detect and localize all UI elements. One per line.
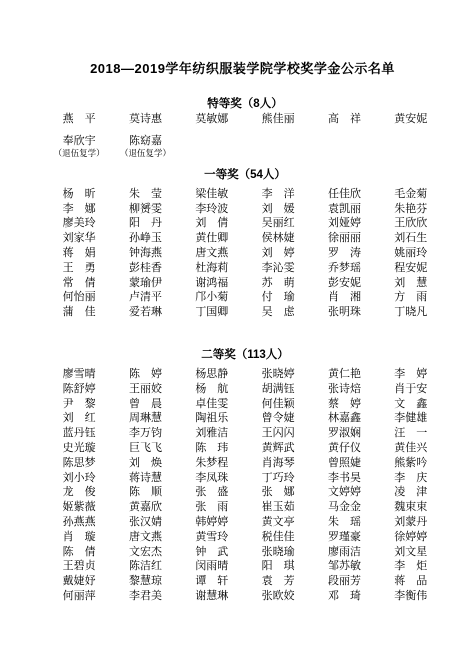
- name-row: 尹 黎曾 晨卓佳雯何佳颖蔡 婷文 鑫: [46, 397, 444, 412]
- name-cell: 奉欣宇（退伍复学）: [46, 134, 112, 159]
- name-row: 蓝丹钰李万钧刘雅洁王闪闪罗淑娴汪 一: [46, 426, 444, 441]
- name-cell: 杜海莉: [179, 261, 245, 276]
- name-cell: 莫敏娜: [179, 112, 245, 127]
- name-cell: 廖雨洁: [311, 545, 377, 560]
- name-cell: 陶祖乐: [179, 411, 245, 426]
- name-cell: 朱 莹: [112, 187, 178, 202]
- name-row: 何丽萍李君美谢慧琳张欧姣邓 琦李衡伟: [46, 589, 444, 604]
- section-heading: 一等奖（54人）: [46, 168, 444, 182]
- name-cell: 段丽芳: [311, 574, 377, 589]
- name-row: 陈舒婷王丽姣杨 航胡满钰张诗焙肖于安: [46, 382, 444, 397]
- name-cell: 杨 航: [179, 382, 245, 397]
- name-cell: 袁 芳: [245, 574, 311, 589]
- name-row: 孙燕燕张汉婧韩婷婷黄文亭朱 瑶刘蒙丹: [46, 515, 444, 530]
- name-cell: [245, 134, 311, 159]
- name-cell: 莫诗惠: [112, 112, 178, 127]
- name-cell: 李玲波: [179, 202, 245, 217]
- name-cell: 李万钧: [112, 426, 178, 441]
- name-cell: 马金金: [311, 500, 377, 515]
- name-cell: 刘蒙丹: [378, 515, 444, 530]
- name-row: 王 勇彭桂香杜海莉李沁雯乔梦瑶程安妮: [46, 261, 444, 276]
- name-row: 奉欣宇（退伍复学）陈窈嘉（退伍复学）: [46, 134, 444, 159]
- name-cell: 张汉婧: [112, 515, 178, 530]
- name-row: 杨 昕朱 莹梁佳敏李 洋任佳欣毛金菊: [46, 187, 444, 202]
- document-title: 2018—2019学年纺织服装学院学校奖学金公示名单: [30, 60, 455, 77]
- name-cell: 刘小玲: [46, 471, 112, 486]
- name-cell: 彭桂香: [112, 261, 178, 276]
- name-cell: 李沁雯: [245, 261, 311, 276]
- name-cell: 刘文星: [378, 545, 444, 560]
- name-cell: 黄安妮: [378, 112, 444, 127]
- name-cell: 文宏杰: [112, 545, 178, 560]
- name-cell: 任佳欣: [311, 187, 377, 202]
- name-cell: 蔡 婷: [311, 397, 377, 412]
- name-row: 蒲 佳爱若琳丁国卿吴 虑张明珠丁晓凡: [46, 305, 444, 320]
- name-cell: 唐文燕: [179, 246, 245, 261]
- name-row: 龙 俊陈 顺张 盛张 娜文婷婷凌 津: [46, 485, 444, 500]
- name-row: 戴婕妤黎慧琼谭 轩袁 芳段丽芳蒋 品: [46, 574, 444, 589]
- student-note: （退伍复学）: [112, 148, 178, 159]
- name-cell: 蒙瑜伊: [112, 276, 178, 291]
- name-cell: 方 雨: [378, 290, 444, 305]
- name-cell: 邝小菊: [179, 290, 245, 305]
- name-cell: 何丽萍: [46, 589, 112, 604]
- name-cell: 黄仁艳: [311, 367, 377, 382]
- name-cell: 袁凯丽: [311, 202, 377, 217]
- name-cell: 刘 焕: [112, 456, 178, 471]
- name-cell: 陈舒婷: [46, 382, 112, 397]
- name-cell: 孙燕燕: [46, 515, 112, 530]
- name-cell: 卢清平: [112, 290, 178, 305]
- name-cell: 卓佳雯: [179, 397, 245, 412]
- name-cell: 程安妮: [378, 261, 444, 276]
- name-cell: 廖雪晴: [46, 367, 112, 382]
- name-cell: 徐婷婷: [378, 530, 444, 545]
- name-cell: 张 雨: [179, 500, 245, 515]
- name-cell: 邹苏敏: [311, 559, 377, 574]
- name-cell: 毛金菊: [378, 187, 444, 202]
- name-cell: 巨飞飞: [112, 441, 178, 456]
- name-cell: 刘 慧: [378, 276, 444, 291]
- name-cell: 张 盛: [179, 485, 245, 500]
- name-cell: 熊紫吟: [378, 456, 444, 471]
- name-cell: 高 祥: [311, 112, 377, 127]
- name-cell: 刘 媛: [245, 202, 311, 217]
- award-section: 一等奖（54人）杨 昕朱 莹梁佳敏李 洋任佳欣毛金菊李 娜柳赟雯李玲波刘 媛袁凯…: [46, 168, 444, 320]
- name-cell: 张晓瑜: [245, 545, 311, 560]
- name-cell: 王丽姣: [112, 382, 178, 397]
- name-cell: 彭安妮: [311, 276, 377, 291]
- name-cell: 黄嘉欣: [112, 500, 178, 515]
- name-cell: 刘 婷: [245, 246, 311, 261]
- name-cell: 文婷婷: [311, 485, 377, 500]
- name-cell: 黄佳兴: [378, 441, 444, 456]
- name-row: 何怡丽卢清平邝小菊付 瑜肖 湘方 雨: [46, 290, 444, 305]
- name-cell: 龙 俊: [46, 485, 112, 500]
- name-cell: 张明珠: [311, 305, 377, 320]
- name-cell: 钟 武: [179, 545, 245, 560]
- name-cell: 周琳慧: [112, 411, 178, 426]
- name-cell: 李 婷: [378, 367, 444, 382]
- name-cell: 李 娜: [46, 202, 112, 217]
- award-section: 二等奖（113人）廖雪晴陈 婷杨思静张晓婷黄仁艳李 婷陈舒婷王丽姣杨 航胡满钰张…: [46, 348, 444, 604]
- name-cell: 税佳佳: [245, 530, 311, 545]
- name-row: 燕 平莫诗惠莫敏娜熊佳丽高 祥黄安妮: [46, 112, 444, 127]
- name-cell: 李健雄: [378, 411, 444, 426]
- name-cell: 熊佳丽: [245, 112, 311, 127]
- name-cell: 丁国卿: [179, 305, 245, 320]
- name-cell: 吴丽红: [245, 216, 311, 231]
- name-cell: 姬紫薇: [46, 500, 112, 515]
- name-cell: 黄仕卿: [179, 231, 245, 246]
- name-cell: 李 炬: [378, 559, 444, 574]
- name-cell: 刘 倩: [179, 216, 245, 231]
- name-cell: 陈 顺: [112, 485, 178, 500]
- name-cell: 尹 黎: [46, 397, 112, 412]
- sections: 特等奖（8人）燕 平莫诗惠莫敏娜熊佳丽高 祥黄安妮奉欣宇（退伍复学）陈窈嘉（退伍…: [46, 97, 444, 604]
- name-cell: 梁佳敏: [179, 187, 245, 202]
- name-cell: 乔梦瑶: [311, 261, 377, 276]
- name-cell: 陈窈嘉（退伍复学）: [112, 134, 178, 159]
- name-cell: 罗瑾豪: [311, 530, 377, 545]
- name-cell: 孙峥玉: [112, 231, 178, 246]
- name-cell: 蒲 佳: [46, 305, 112, 320]
- name-cell: 张晓婷: [245, 367, 311, 382]
- name-cell: 陈 婷: [112, 367, 178, 382]
- name-cell: 付 瑜: [245, 290, 311, 305]
- name-cell: 肖于安: [378, 382, 444, 397]
- name-row: 廖雪晴陈 婷杨思静张晓婷黄仁艳李 婷: [46, 367, 444, 382]
- name-cell: 韩婷婷: [179, 515, 245, 530]
- name-cell: 阳 琪: [245, 559, 311, 574]
- name-cell: 胡满钰: [245, 382, 311, 397]
- name-cell: 谢慧琳: [179, 589, 245, 604]
- name-cell: 林嘉鑫: [311, 411, 377, 426]
- name-cell: 钟海燕: [112, 246, 178, 261]
- name-cell: 陈 倩: [46, 545, 112, 560]
- section-heading: 二等奖（113人）: [46, 348, 444, 362]
- name-cell: 魏束束: [378, 500, 444, 515]
- name-cell: 朱梦程: [179, 456, 245, 471]
- name-cell: 李君美: [112, 589, 178, 604]
- name-cell: 闵雨晴: [179, 559, 245, 574]
- name-cell: 陈洁红: [112, 559, 178, 574]
- name-cell: 陈 玮: [179, 441, 245, 456]
- name-row: 刘小玲蒋诗慧李凤珠丁巧玲李书昊李 庆: [46, 471, 444, 486]
- name-cell: 王闪闪: [245, 426, 311, 441]
- student-name: 陈窈嘉: [112, 134, 178, 148]
- name-cell: 陈思梦: [46, 456, 112, 471]
- name-cell: 唐文燕: [112, 530, 178, 545]
- name-cell: 曾 晨: [112, 397, 178, 412]
- name-cell: 常 倩: [46, 276, 112, 291]
- name-row: 王碧贞陈洁红闵雨晴阳 琪邹苏敏李 炬: [46, 559, 444, 574]
- name-cell: 刘石生: [378, 231, 444, 246]
- name-cell: 罗淑娴: [311, 426, 377, 441]
- name-cell: 张欧姣: [245, 589, 311, 604]
- name-cell: 朱 瑶: [311, 515, 377, 530]
- name-cell: 蓝丹钰: [46, 426, 112, 441]
- name-cell: 戴婕妤: [46, 574, 112, 589]
- name-row: 姬紫薇黄嘉欣张 雨崔玉茹马金金魏束束: [46, 500, 444, 515]
- name-cell: 肖海琴: [245, 456, 311, 471]
- name-cell: 李衡伟: [378, 589, 444, 604]
- name-row: 刘 红周琳慧陶祖乐曾令婕林嘉鑫李健雄: [46, 411, 444, 426]
- name-row: 蒋 娟钟海燕唐文燕刘 婷罗 涛姚丽玲: [46, 246, 444, 261]
- name-row: 肖 璇唐文燕黄雪玲税佳佳罗瑾豪徐婷婷: [46, 530, 444, 545]
- name-cell: 张 娜: [245, 485, 311, 500]
- name-cell: 侯林婕: [245, 231, 311, 246]
- name-cell: 徐丽丽: [311, 231, 377, 246]
- student-name: 奉欣宇: [46, 134, 112, 148]
- award-section: 特等奖（8人）燕 平莫诗惠莫敏娜熊佳丽高 祥黄安妮奉欣宇（退伍复学）陈窈嘉（退伍…: [46, 97, 444, 159]
- name-cell: 刘 红: [46, 411, 112, 426]
- name-cell: 谭 轩: [179, 574, 245, 589]
- name-cell: 朱艳芬: [378, 202, 444, 217]
- name-cell: 王碧贞: [46, 559, 112, 574]
- name-row: 陈 倩文宏杰钟 武张晓瑜廖雨洁刘文星: [46, 545, 444, 560]
- name-cell: 史光璇: [46, 441, 112, 456]
- document-page: 2018—2019学年纺织服装学院学校奖学金公示名单 特等奖（8人）燕 平莫诗惠…: [0, 0, 465, 659]
- name-cell: 刘家华: [46, 231, 112, 246]
- name-cell: 李书昊: [311, 471, 377, 486]
- name-cell: 蒋 娟: [46, 246, 112, 261]
- name-cell: 刘娅婷: [311, 216, 377, 231]
- name-cell: 邓 琦: [311, 589, 377, 604]
- name-cell: 王 勇: [46, 261, 112, 276]
- student-note: （退伍复学）: [46, 148, 112, 159]
- name-cell: 蒋 品: [378, 574, 444, 589]
- name-cell: 黄辉武: [245, 441, 311, 456]
- name-cell: 蒋诗慧: [112, 471, 178, 486]
- name-cell: [311, 134, 377, 159]
- name-cell: 李凤珠: [179, 471, 245, 486]
- name-cell: 燕 平: [46, 112, 112, 127]
- name-cell: 肖 湘: [311, 290, 377, 305]
- name-cell: 文 鑫: [378, 397, 444, 412]
- name-cell: 李 庆: [378, 471, 444, 486]
- section-heading: 特等奖（8人）: [46, 97, 444, 111]
- name-cell: 姚丽玲: [378, 246, 444, 261]
- name-cell: 李 洋: [245, 187, 311, 202]
- name-row: 李 娜柳赟雯李玲波刘 媛袁凯丽朱艳芬: [46, 202, 444, 217]
- name-row: 刘家华孙峥玉黄仕卿侯林婕徐丽丽刘石生: [46, 231, 444, 246]
- name-cell: 罗 涛: [311, 246, 377, 261]
- name-cell: 黄雪玲: [179, 530, 245, 545]
- name-cell: 黎慧琼: [112, 574, 178, 589]
- name-row: 廖美玲阳 丹刘 倩吴丽红刘娅婷王欣欣: [46, 216, 444, 231]
- name-cell: 王欣欣: [378, 216, 444, 231]
- name-row: 常 倩蒙瑜伊谢鸿福苏 萌彭安妮刘 慧: [46, 276, 444, 291]
- name-cell: 曾照婕: [311, 456, 377, 471]
- name-cell: 汪 一: [378, 426, 444, 441]
- name-cell: 杨 昕: [46, 187, 112, 202]
- name-cell: 阳 丹: [112, 216, 178, 231]
- name-cell: 何怡丽: [46, 290, 112, 305]
- name-cell: 黄文亭: [245, 515, 311, 530]
- name-cell: 崔玉茹: [245, 500, 311, 515]
- name-cell: 凌 津: [378, 485, 444, 500]
- name-cell: [378, 134, 444, 159]
- name-cell: 吴 虑: [245, 305, 311, 320]
- name-cell: 丁巧玲: [245, 471, 311, 486]
- name-cell: 爱若琳: [112, 305, 178, 320]
- name-cell: 苏 萌: [245, 276, 311, 291]
- name-cell: 廖美玲: [46, 216, 112, 231]
- name-cell: 黄仔仪: [311, 441, 377, 456]
- name-cell: 刘雅洁: [179, 426, 245, 441]
- name-cell: 谢鸿福: [179, 276, 245, 291]
- name-cell: 张诗焙: [311, 382, 377, 397]
- name-row: 陈思梦刘 焕朱梦程肖海琴曾照婕熊紫吟: [46, 456, 444, 471]
- name-cell: 丁晓凡: [378, 305, 444, 320]
- name-cell: 何佳颖: [245, 397, 311, 412]
- name-cell: 肖 璇: [46, 530, 112, 545]
- name-cell: 柳赟雯: [112, 202, 178, 217]
- name-cell: 曾令婕: [245, 411, 311, 426]
- name-cell: 杨思静: [179, 367, 245, 382]
- name-row: 史光璇巨飞飞陈 玮黄辉武黄仔仪黄佳兴: [46, 441, 444, 456]
- name-cell: [179, 134, 245, 159]
